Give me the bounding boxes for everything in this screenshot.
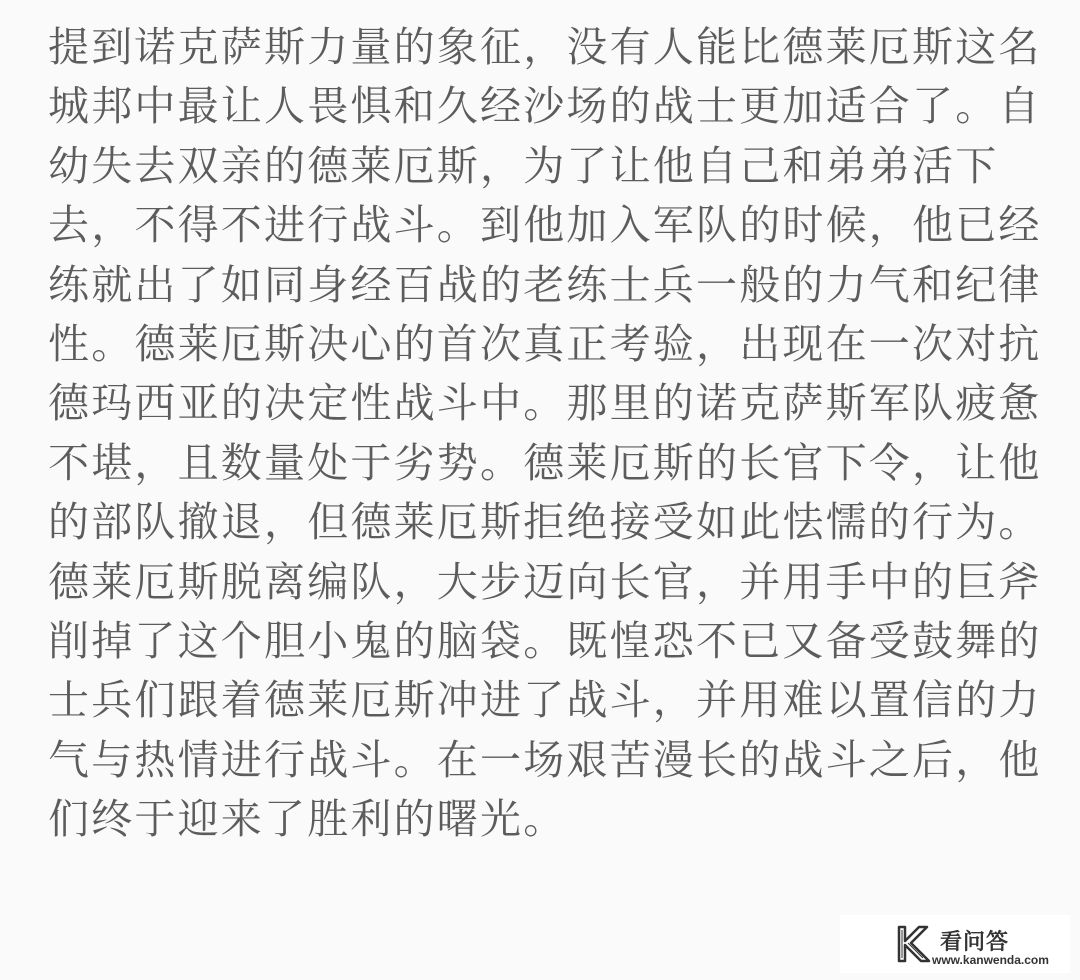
article-line: 幼失去双亲的德莱厄斯，为了让他自己和弟弟活下 <box>48 137 1058 196</box>
k-logo-icon <box>895 923 935 963</box>
article-line: 不堪，且数量处于劣势。德莱厄斯的长官下令，让他 <box>48 434 1058 493</box>
article-line: 德玛西亚的决定性战斗中。那里的诺克萨斯军队疲惫 <box>48 374 1058 433</box>
article-body: 提到诺克萨斯力量的象征，没有人能比德莱厄斯这名 城邦中最让人畏惧和久经沙场的战士… <box>48 18 1058 849</box>
watermark: 看问答 www.kanwenda.com <box>840 915 1070 973</box>
article-line: 城邦中最让人畏惧和久经沙场的战士更加适合了。自 <box>48 77 1058 136</box>
article-line: 性。德莱厄斯决心的首次真正考验，出现在一次对抗 <box>48 315 1058 374</box>
article-line: 士兵们跟着德莱厄斯冲进了战斗，并用难以置信的力 <box>48 671 1058 730</box>
article-line: 去，不得不进行战斗。到他加入军队的时候，他已经 <box>48 196 1058 255</box>
article-line: 削掉了这个胆小鬼的脑袋。既惶恐不已又备受鼓舞的 <box>48 612 1058 671</box>
watermark-url: www.kanwenda.com <box>932 953 1049 967</box>
article-line: 德莱厄斯脱离编队，大步迈向长官，并用手中的巨斧 <box>48 553 1058 612</box>
article-line: 练就出了如同身经百战的老练士兵一般的力气和纪律 <box>48 256 1058 315</box>
article-line: 们终于迎来了胜利的曙光。 <box>48 790 1058 849</box>
watermark-title: 看问答 <box>940 925 1009 956</box>
article-line: 的部队撤退，但德莱厄斯拒绝接受如此怯懦的行为。 <box>48 493 1058 552</box>
article-line: 气与热情进行战斗。在一场艰苦漫长的战斗之后，他 <box>48 731 1058 790</box>
article-line: 提到诺克萨斯力量的象征，没有人能比德莱厄斯这名 <box>48 18 1058 77</box>
